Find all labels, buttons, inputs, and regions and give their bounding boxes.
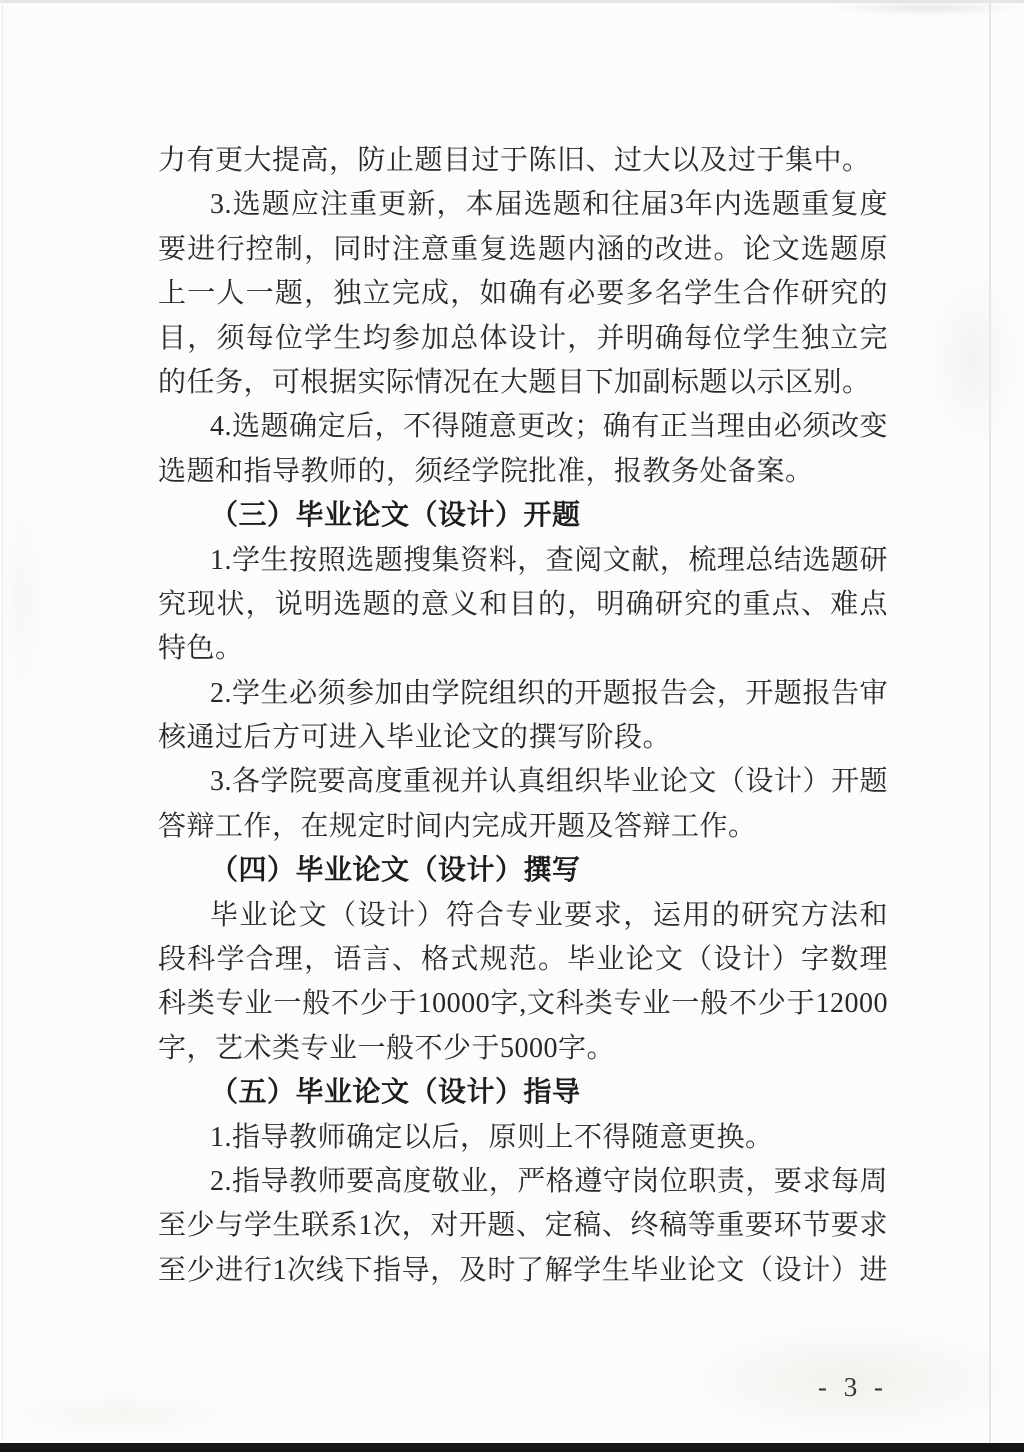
text-line: 上一人一题，独立完成，如确有必要多名学生合作研究的题 <box>158 272 888 316</box>
scan-left-edge <box>2 0 3 1452</box>
text-line: 答辩工作，在规定时间内完成开题及答辩工作。 <box>158 805 888 849</box>
text-line: 字，艺术类专业一般不少于5000字。 <box>158 1027 888 1071</box>
section-heading-line: （三）毕业论文（设计）开题 <box>158 494 888 538</box>
scan-smudge <box>0 490 46 710</box>
scan-fold-line <box>989 0 991 1443</box>
text-line: 特色。 <box>158 627 888 671</box>
text-line: 3.各学院要高度重视并认真组织毕业论文（设计）开题 <box>158 760 888 804</box>
text-line: 2.学生必须参加由学院组织的开题报告会，开题报告审 <box>158 672 888 716</box>
text-line: 究现状，说明选题的意义和目的，明确研究的重点、难点和 <box>158 583 888 627</box>
text-line: 力有更大提高，防止题目过于陈旧、过大以及过于集中。 <box>158 139 888 183</box>
text-line: 选题和指导教师的，须经学院批准，报教务处备案。 <box>158 450 888 494</box>
scan-top-edge <box>0 0 1024 3</box>
text-line: 目，须每位学生均参加总体设计，并明确每位学生独立完成 <box>158 317 888 361</box>
text-line: 至少进行1次线下指导，及时了解学生毕业论文（设计）进 <box>158 1249 888 1293</box>
page-number: - 3 - <box>158 1372 902 1403</box>
text-line: 4.选题确定后，不得随意更改；确有正当理由必须改变 <box>158 405 888 449</box>
section-heading-line: （五）毕业论文（设计）指导 <box>158 1071 888 1115</box>
document-page: 力有更大提高，防止题目过于陈旧、过大以及过于集中。3.选题应注重更新，本届选题和… <box>0 0 1024 1452</box>
text-line: 科类专业一般不少于10000字,文科类专业一般不少于12000 <box>158 982 888 1026</box>
text-line: 2.指导教师要高度敬业，严格遵守岗位职责，要求每周 <box>158 1160 888 1204</box>
scan-smudge <box>925 270 1024 450</box>
text-line: 至少与学生联系1次，对开题、定稿、终稿等重要环节要求 <box>158 1204 888 1248</box>
text-line: 核通过后方可进入毕业论文的撰写阶段。 <box>158 716 888 760</box>
text-line: 的任务，可根据实际情况在大题目下加副标题以示区别。 <box>158 361 888 405</box>
text-line: 1.指导教师确定以后，原则上不得随意更换。 <box>158 1116 888 1160</box>
text-line: 1.学生按照选题搜集资料，查阅文献，梳理总结选题研 <box>158 539 888 583</box>
text-line: 段科学合理，语言、格式规范。毕业论文（设计）字数理工 <box>158 938 888 982</box>
text-line: 要进行控制，同时注意重复选题内涵的改进。论文选题原则 <box>158 228 888 272</box>
text-line: 3.选题应注重更新，本届选题和往届3年内选题重复度 <box>158 183 888 227</box>
document-text: 力有更大提高，防止题目过于陈旧、过大以及过于集中。3.选题应注重更新，本届选题和… <box>158 139 888 1293</box>
scan-bottom-edge <box>0 1443 1024 1452</box>
section-heading-line: （四）毕业论文（设计）撰写 <box>158 849 888 893</box>
text-line: 毕业论文（设计）符合专业要求，运用的研究方法和手 <box>158 894 888 938</box>
